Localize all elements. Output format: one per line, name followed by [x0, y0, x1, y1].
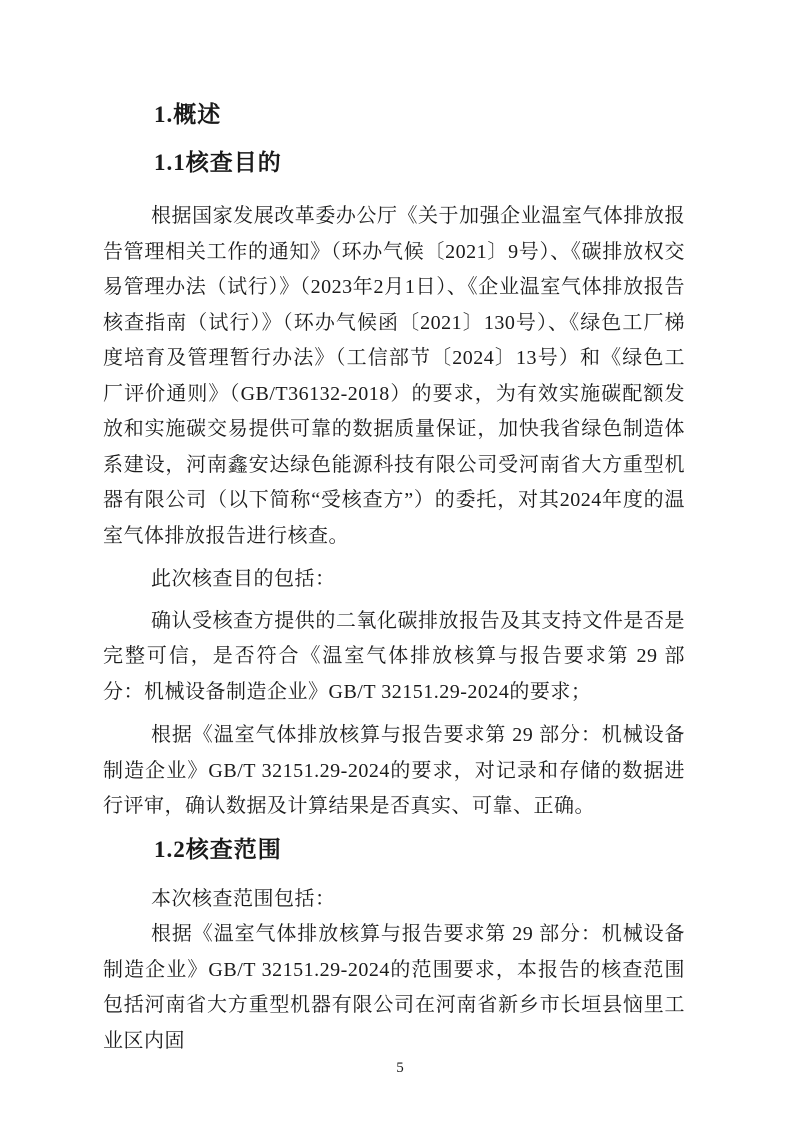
paragraph-purpose-item-1: 确认受核查方提供的二氧化碳排放报告及其支持文件是否是完整可信，是否符合《温室气体…	[103, 604, 685, 711]
paragraph-purpose-item-2: 根据《温室气体排放核算与报告要求第 29 部分：机械设备制造企业》GB/T 32…	[103, 718, 685, 825]
section-heading-verification-scope: 1.2核查范围	[154, 835, 685, 865]
paragraph-purpose-intro: 此次核查目的包括：	[103, 562, 685, 598]
document-page: 1.概述 1.1核查目的 根据国家发展改革委办公厅《关于加强企业温室气体排放报告…	[0, 0, 800, 1130]
section-heading-overview: 1.概述	[154, 100, 685, 130]
document-content: 1.概述 1.1核查目的 根据国家发展改革委办公厅《关于加强企业温室气体排放报告…	[103, 100, 685, 1059]
paragraph-regulatory-basis: 根据国家发展改革委办公厅《关于加强企业温室气体排放报告管理相关工作的通知》（环办…	[103, 199, 685, 554]
paragraph-scope-intro: 本次核查范围包括：	[103, 882, 685, 918]
page-number: 5	[0, 1058, 800, 1078]
section-heading-verification-purpose: 1.1核查目的	[154, 148, 685, 178]
paragraph-scope-detail: 根据《温室气体排放核算与报告要求第 29 部分：机械设备制造企业》GB/T 32…	[103, 917, 685, 1059]
